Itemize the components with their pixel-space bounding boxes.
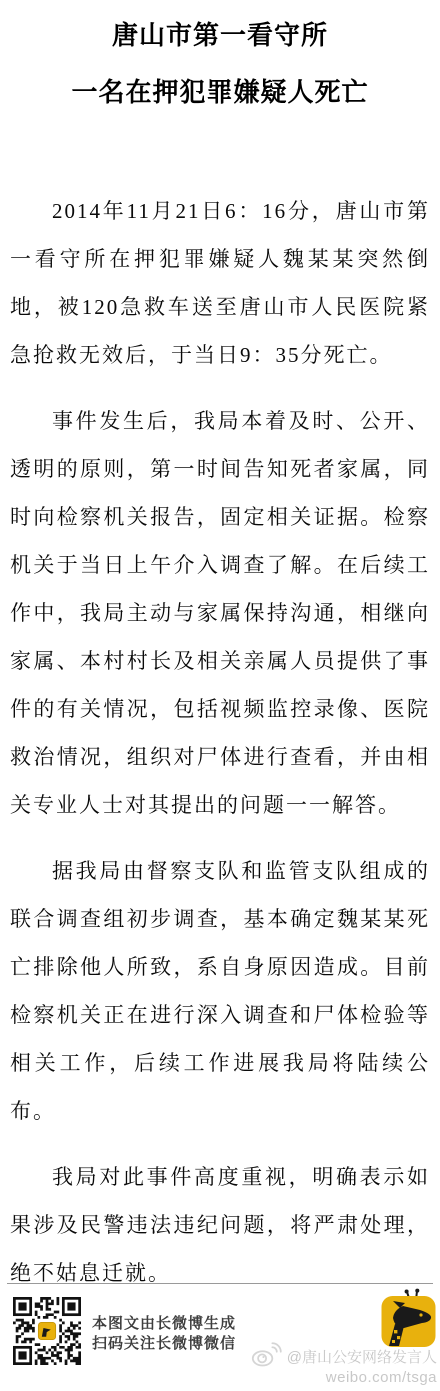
weibo-logo-icon bbox=[251, 1340, 283, 1367]
weibo-url: weibo.com/tsga bbox=[251, 1369, 437, 1387]
paragraph-3: 据我局由督察支队和监管支队组成的联合调查组初步调查，基本确定魏某某死亡排除他人所… bbox=[10, 847, 430, 1135]
page-title: 唐山市第一看守所 bbox=[0, 22, 440, 50]
qr-caption-line1: 本图文由长微博生成 bbox=[92, 1314, 236, 1334]
article-body: 2014年11月21日6：16分，唐山市第一看守所在押犯罪嫌疑人魏某某突然倒地，… bbox=[10, 187, 430, 1297]
qr-code-icon bbox=[13, 1297, 81, 1365]
page-subtitle: 一名在押犯罪嫌疑人死亡 bbox=[0, 79, 440, 107]
paragraph-4: 我局对此事件高度重视，明确表示如果涉及民警违法违纪问题，将严肃处理，绝不姑息迁就… bbox=[10, 1153, 430, 1297]
long-weibo-document: 唐山市第一看守所 一名在押犯罪嫌疑人死亡 2014年11月21日6：16分，唐山… bbox=[0, 0, 440, 1391]
paragraph-1: 2014年11月21日6：16分，唐山市第一看守所在押犯罪嫌疑人魏某某突然倒地，… bbox=[10, 187, 430, 379]
qr-caption-line2: 扫码关注长微博微信 bbox=[92, 1334, 236, 1354]
qr-caption: 本图文由长微博生成 扫码关注长微博微信 bbox=[92, 1314, 236, 1354]
weibo-watermark: @唐山公安网络发言人 weibo.com/tsga bbox=[251, 1340, 437, 1387]
paragraph-2: 事件发生后，我局本着及时、公开、透明的原则，第一时间告知死者家属，同时向检察机关… bbox=[10, 397, 430, 829]
changweibo-giraffe-icon bbox=[380, 1288, 437, 1348]
weibo-account: @唐山公安网络发言人 bbox=[287, 1349, 437, 1367]
footer-divider bbox=[7, 1283, 433, 1284]
